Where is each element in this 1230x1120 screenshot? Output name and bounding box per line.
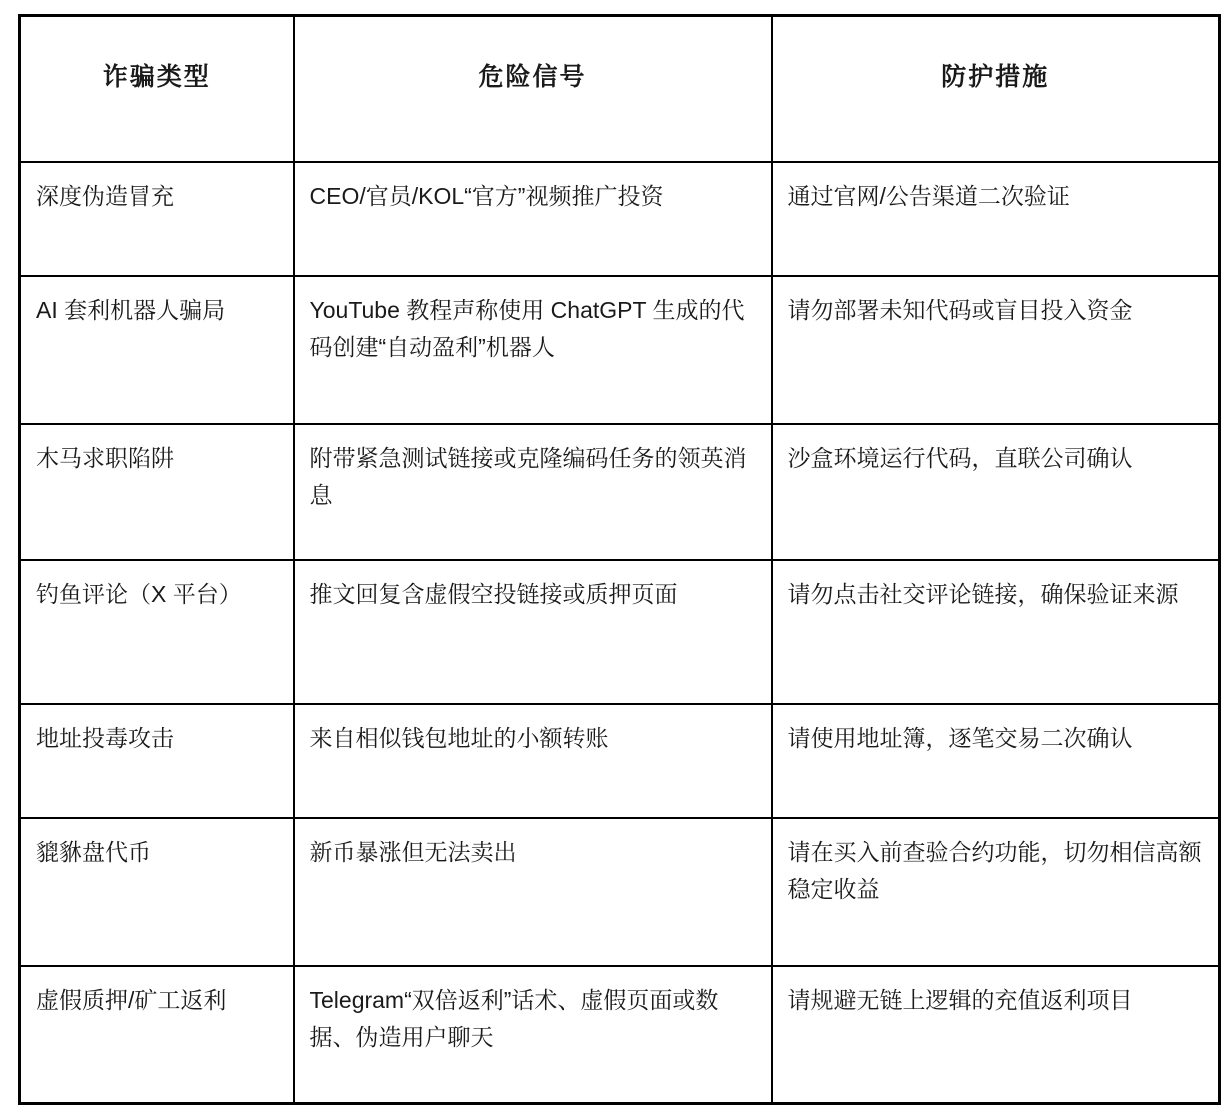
scam-awareness-table: 诈骗类型 危险信号 防护措施 深度伪造冒充 CEO/官员/KOL“官方”视频推广… bbox=[18, 14, 1221, 1105]
header-cell-signal: 危险信号 bbox=[294, 16, 772, 162]
cell-type-2: 木马求职陷阱 bbox=[20, 424, 294, 560]
cell-signal-0: CEO/官员/KOL“官方”视频推广投资 bbox=[294, 162, 772, 276]
cell-protection-5: 请在买入前查验合约功能，切勿相信高额稳定收益 bbox=[772, 818, 1220, 966]
table-row: 虚假质押/矿工返利 Telegram“双倍返利”话术、虚假页面或数据、伪造用户聊… bbox=[20, 966, 1220, 1104]
cell-type-6: 虚假质押/矿工返利 bbox=[20, 966, 294, 1104]
cell-protection-4: 请使用地址簿，逐笔交易二次确认 bbox=[772, 704, 1220, 818]
cell-protection-1: 请勿部署未知代码或盲目投入资金 bbox=[772, 276, 1220, 424]
cell-type-4: 地址投毒攻击 bbox=[20, 704, 294, 818]
cell-signal-1: YouTube 教程声称使用 ChatGPT 生成的代码创建“自动盈利”机器人 bbox=[294, 276, 772, 424]
header-cell-protection: 防护措施 bbox=[772, 16, 1220, 162]
cell-signal-4: 来自相似钱包地址的小额转账 bbox=[294, 704, 772, 818]
cell-protection-3: 请勿点击社交评论链接，确保验证来源 bbox=[772, 560, 1220, 704]
cell-protection-2: 沙盒环境运行代码，直联公司确认 bbox=[772, 424, 1220, 560]
table-row: 深度伪造冒充 CEO/官员/KOL“官方”视频推广投资 通过官网/公告渠道二次验… bbox=[20, 162, 1220, 276]
cell-type-1: AI 套利机器人骗局 bbox=[20, 276, 294, 424]
cell-signal-6: Telegram“双倍返利”话术、虚假页面或数据、伪造用户聊天 bbox=[294, 966, 772, 1104]
table-row: AI 套利机器人骗局 YouTube 教程声称使用 ChatGPT 生成的代码创… bbox=[20, 276, 1220, 424]
page: 诈骗类型 危险信号 防护措施 深度伪造冒充 CEO/官员/KOL“官方”视频推广… bbox=[0, 0, 1230, 1105]
header-row: 诈骗类型 危险信号 防护措施 bbox=[20, 16, 1220, 162]
cell-signal-2: 附带紧急测试链接或克隆编码任务的领英消息 bbox=[294, 424, 772, 560]
table-row: 钓鱼评论（X 平台） 推文回复含虚假空投链接或质押页面 请勿点击社交评论链接，确… bbox=[20, 560, 1220, 704]
cell-type-5: 貔貅盘代币 bbox=[20, 818, 294, 966]
cell-protection-6: 请规避无链上逻辑的充值返利项目 bbox=[772, 966, 1220, 1104]
cell-protection-0: 通过官网/公告渠道二次验证 bbox=[772, 162, 1220, 276]
cell-type-0: 深度伪造冒充 bbox=[20, 162, 294, 276]
table-row: 地址投毒攻击 来自相似钱包地址的小额转账 请使用地址簿，逐笔交易二次确认 bbox=[20, 704, 1220, 818]
cell-signal-5: 新币暴涨但无法卖出 bbox=[294, 818, 772, 966]
header-cell-scam-type: 诈骗类型 bbox=[20, 16, 294, 162]
cell-type-3: 钓鱼评论（X 平台） bbox=[20, 560, 294, 704]
table-row: 木马求职陷阱 附带紧急测试链接或克隆编码任务的领英消息 沙盒环境运行代码，直联公… bbox=[20, 424, 1220, 560]
table-row: 貔貅盘代币 新币暴涨但无法卖出 请在买入前查验合约功能，切勿相信高额稳定收益 bbox=[20, 818, 1220, 966]
cell-signal-3: 推文回复含虚假空投链接或质押页面 bbox=[294, 560, 772, 704]
